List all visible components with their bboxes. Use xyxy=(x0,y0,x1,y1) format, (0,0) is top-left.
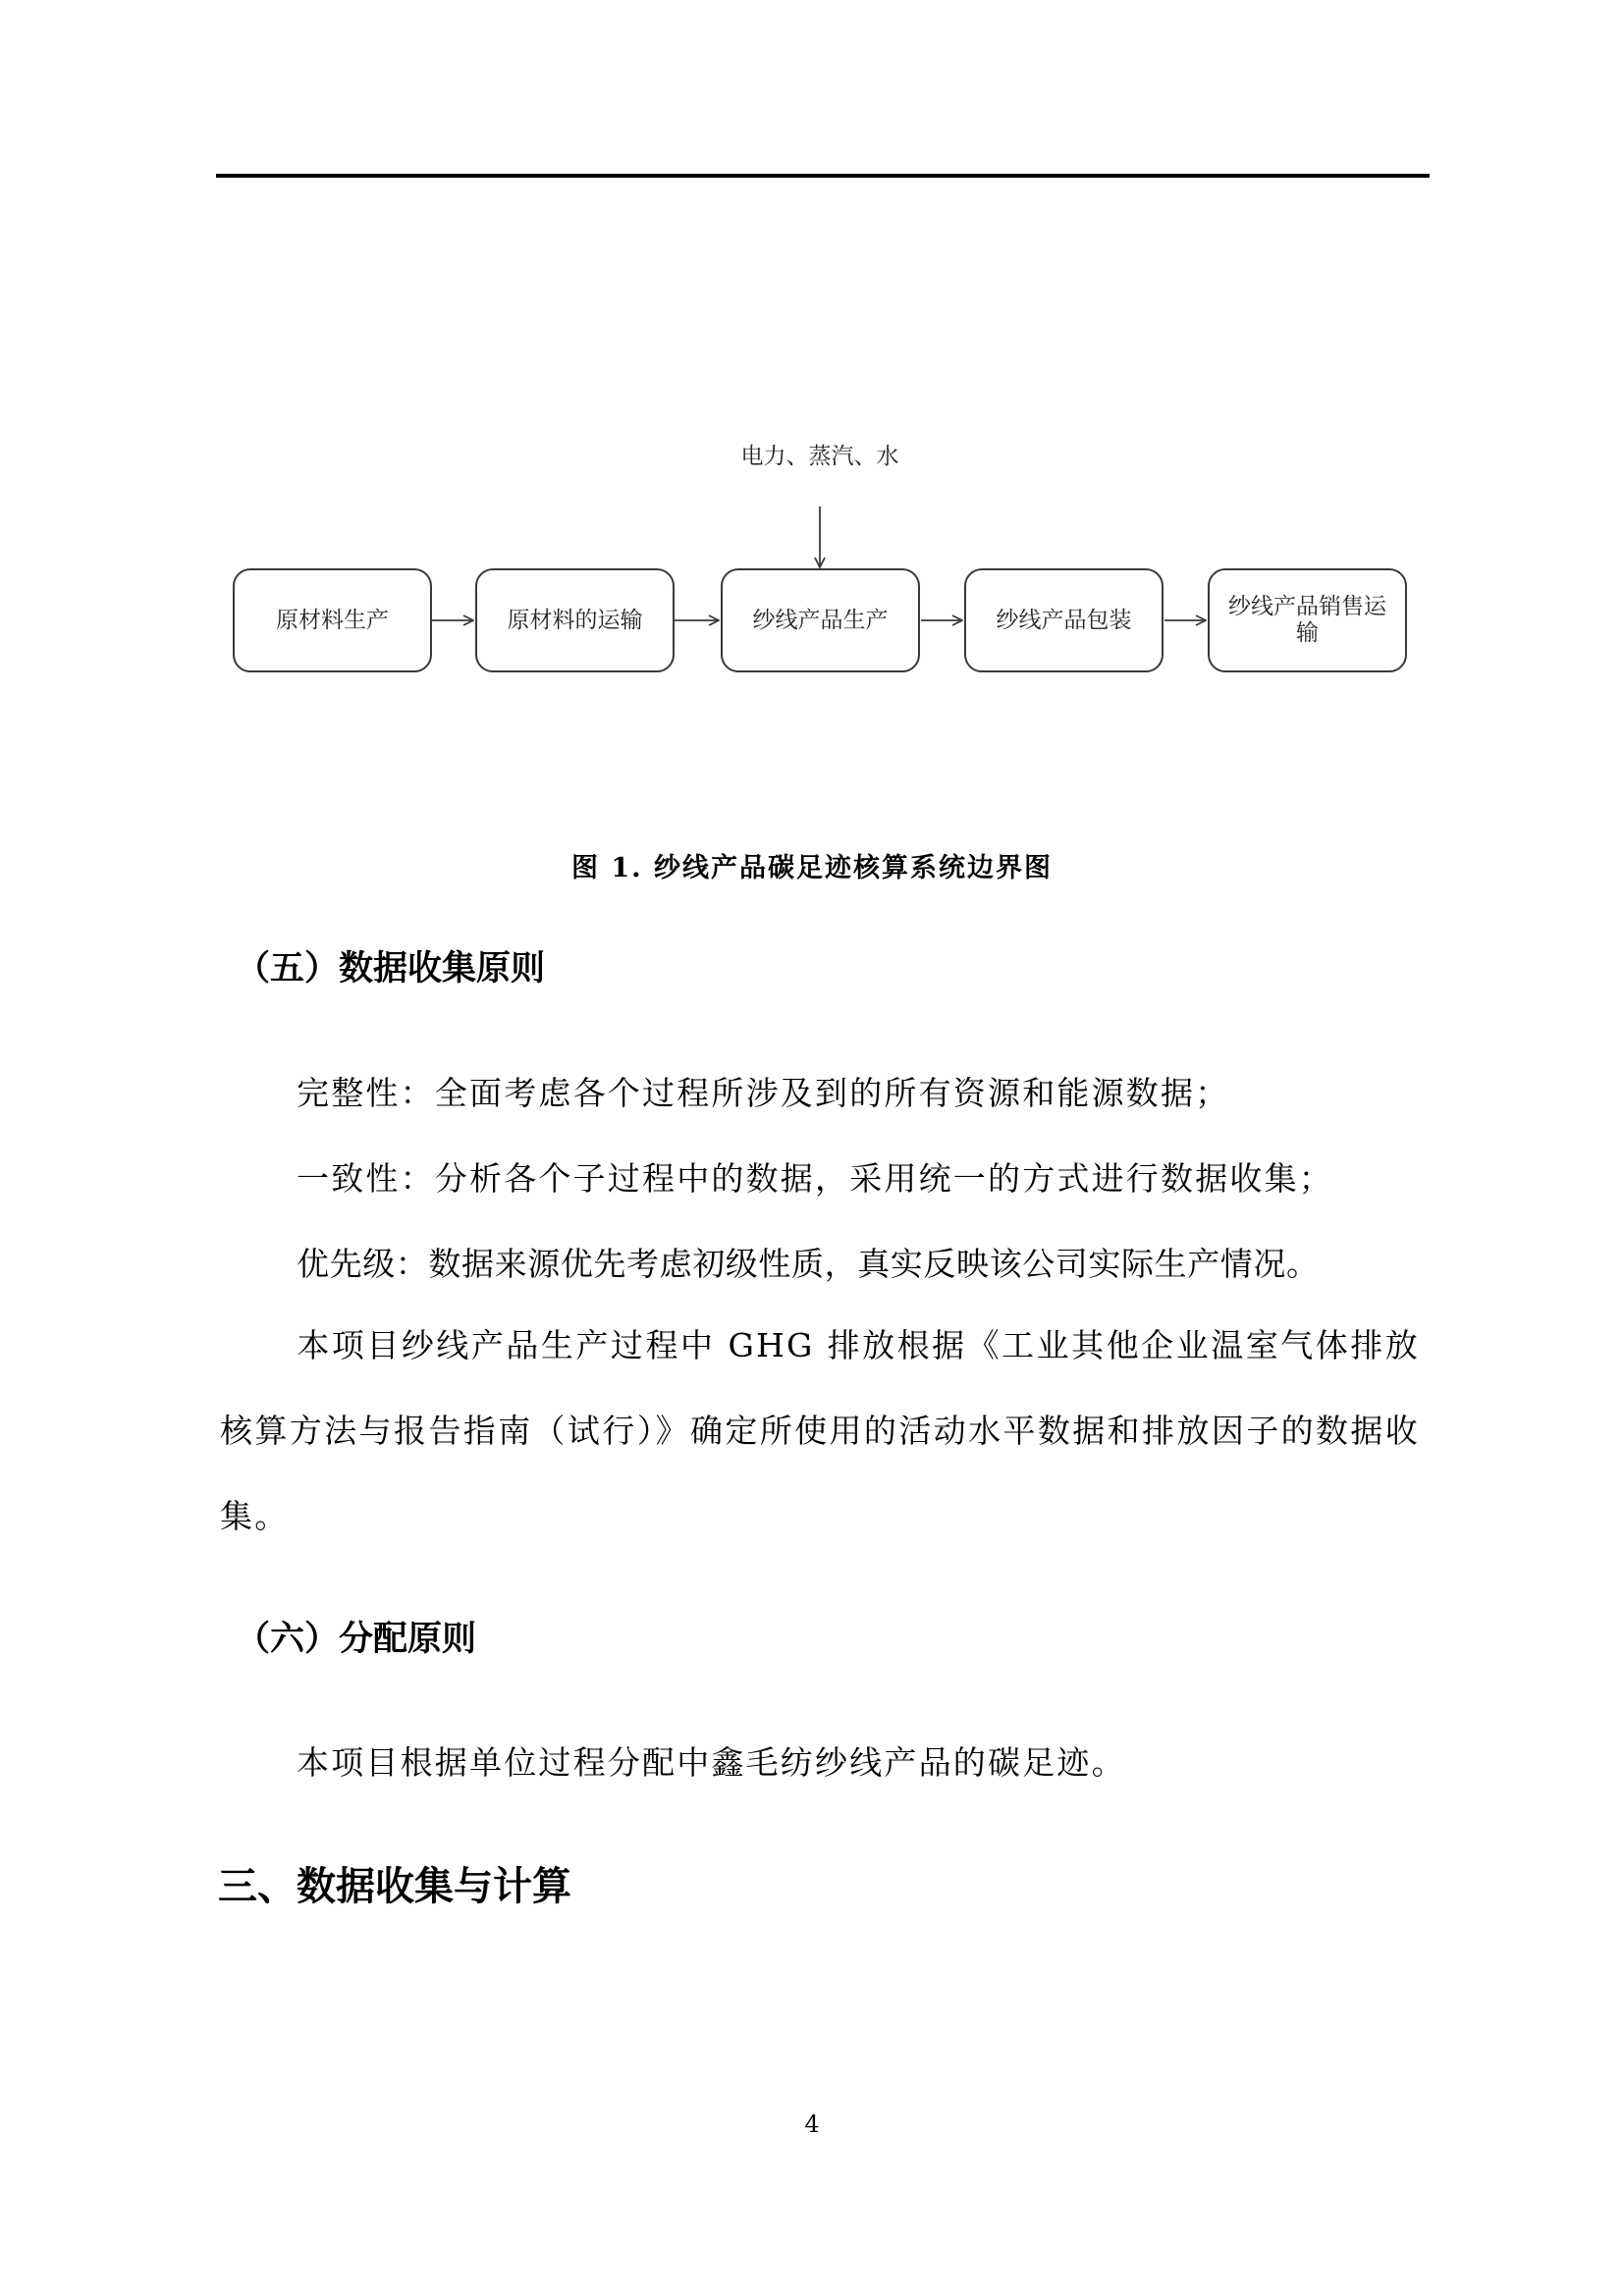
process-box-yarn-packaging: 纱线产品包装 xyxy=(964,568,1164,672)
process-box-raw-material-production: 原材料生产 xyxy=(233,568,432,672)
principle-completeness: 完整性：全面考虑各个过程所涉及到的所有资源和能源数据； xyxy=(297,1068,1229,1114)
page-number: 4 xyxy=(0,2110,1624,2138)
process-box-yarn-sales-transport: 纱线产品销售运输 xyxy=(1208,568,1407,672)
paragraph-text: 本项目纱线产品生产过程中 GHG 排放根据《工业其他企业温室气体排放核算方法与报… xyxy=(220,1326,1420,1535)
process-box-label: 原材料生产 xyxy=(276,608,389,634)
process-box-label: 原材料的运输 xyxy=(508,608,643,634)
chapter-heading-data-calculation: 三、数据收集与计算 xyxy=(218,1855,571,1911)
process-box-label: 纱线产品生产 xyxy=(753,608,889,634)
allocation-paragraph: 本项目根据单位过程分配中鑫毛纺纱线产品的碳足迹。 xyxy=(297,1737,1126,1784)
section-heading-allocation: （六）分配原则 xyxy=(236,1612,476,1661)
process-box-label: 纱线产品包装 xyxy=(997,608,1132,634)
principle-priority: 优先级：数据来源优先考虑初级性质，真实反映该公司实际生产情况。 xyxy=(297,1239,1320,1285)
figure-caption: 图 1. 纱线产品碳足迹核算系统边界图 xyxy=(0,846,1624,884)
process-box-label: 纱线产品销售运输 xyxy=(1223,594,1391,647)
process-box-raw-material-transport: 原材料的运输 xyxy=(475,568,675,672)
system-boundary-diagram: 电力、蒸汽、水 原材料生产 原材料的运输 纱线产品生产 纱线产品包装 纱线产品销… xyxy=(0,0,1624,746)
principle-consistency: 一致性：分析各个子过程中的数据，采用统一的方式进行数据收集； xyxy=(297,1153,1333,1200)
data-collection-paragraph: 本项目纱线产品生产过程中 GHG 排放根据《工业其他企业温室气体排放核算方法与报… xyxy=(220,1303,1420,1559)
section-heading-data-collection: （五）数据收集原则 xyxy=(236,941,545,990)
process-box-yarn-production: 纱线产品生产 xyxy=(721,568,920,672)
